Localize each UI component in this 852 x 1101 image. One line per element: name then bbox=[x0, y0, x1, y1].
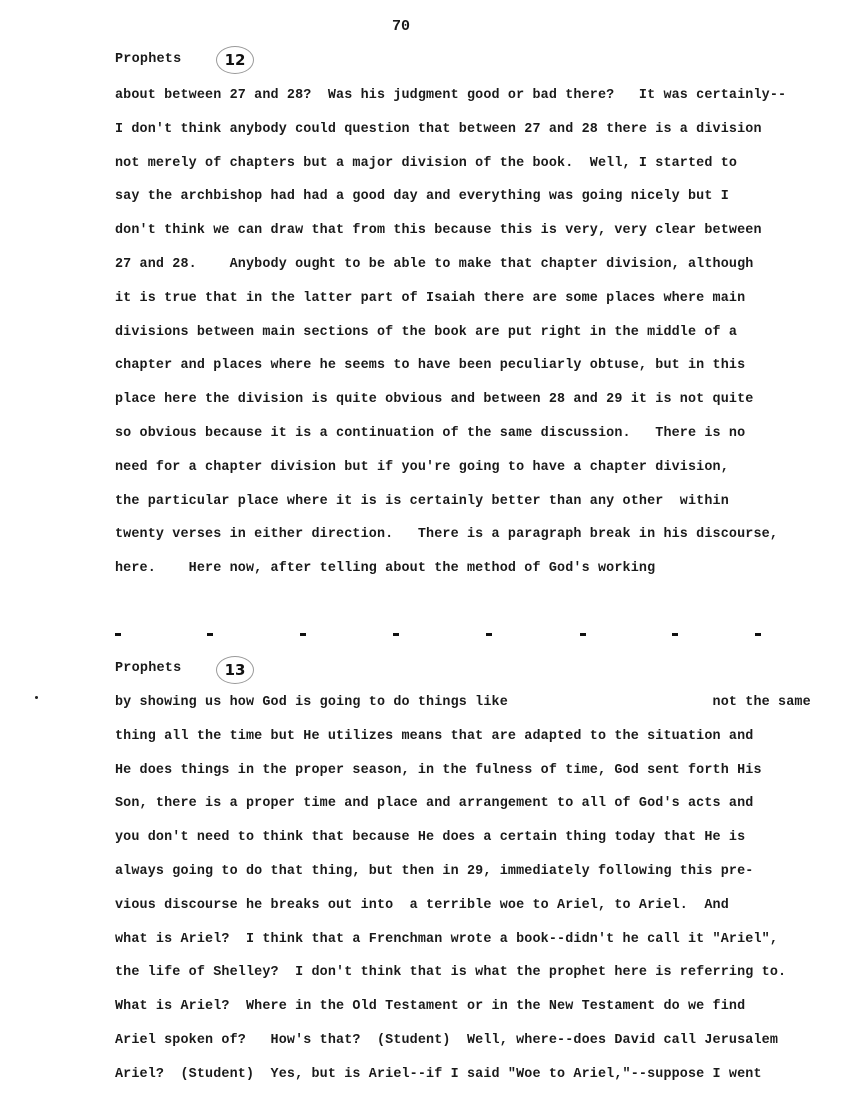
separator-dash bbox=[580, 633, 586, 636]
text-line: chapter and places where he seems to hav… bbox=[115, 358, 745, 374]
text-line: I don't think anybody could question tha… bbox=[115, 122, 762, 138]
text-line: Ariel spoken of? How's that? (Student) W… bbox=[115, 1033, 778, 1049]
text-line: thing all the time but He utilizes means… bbox=[115, 729, 753, 745]
page-number: 70 bbox=[392, 18, 410, 35]
text-line: it is true that in the latter part of Is… bbox=[115, 291, 745, 307]
text-line: Son, there is a proper time and place an… bbox=[115, 796, 753, 812]
separator-dash bbox=[393, 633, 399, 636]
margin-mark bbox=[35, 696, 38, 699]
text-line: the life of Shelley? I don't think that … bbox=[115, 965, 786, 981]
text-line: about between 27 and 28? Was his judgmen… bbox=[115, 88, 786, 104]
text-line: don't think we can draw that from this b… bbox=[115, 223, 762, 239]
section-number-badge-13: 13 bbox=[216, 656, 254, 684]
separator-dash bbox=[115, 633, 121, 636]
text-line: He does things in the proper season, in … bbox=[115, 763, 762, 779]
text-line: the particular place where it is is cert… bbox=[115, 494, 729, 510]
text-line: here. Here now, after telling about the … bbox=[115, 561, 655, 577]
separator-dash bbox=[486, 633, 492, 636]
text-line: what is Ariel? I think that a Frenchman … bbox=[115, 932, 778, 948]
text-line: by showing us how God is going to do thi… bbox=[115, 695, 811, 711]
text-line: Ariel? (Student) Yes, but is Ariel--if I… bbox=[115, 1067, 762, 1083]
text-line: say the archbishop had had a good day an… bbox=[115, 189, 729, 205]
separator-dash bbox=[755, 633, 761, 636]
section-header-13: Prophets bbox=[115, 661, 181, 676]
section-number-badge-12: 12 bbox=[216, 46, 254, 74]
text-line: not merely of chapters but a major divis… bbox=[115, 156, 737, 172]
text-line: 27 and 28. Anybody ought to be able to m… bbox=[115, 257, 753, 273]
text-line: so obvious because it is a continuation … bbox=[115, 426, 745, 442]
separator-dash bbox=[207, 633, 213, 636]
text-line: twenty verses in either direction. There… bbox=[115, 527, 778, 543]
text-line: always going to do that thing, but then … bbox=[115, 864, 753, 880]
text-line: you don't need to think that because He … bbox=[115, 830, 745, 846]
text-line: divisions between main sections of the b… bbox=[115, 325, 737, 341]
text-line: What is Ariel? Where in the Old Testamen… bbox=[115, 999, 745, 1015]
document-page: 70 Prophets 12 about between 27 and 28? … bbox=[0, 0, 852, 1101]
section-header-12: Prophets bbox=[115, 52, 181, 67]
separator-dash bbox=[300, 633, 306, 636]
text-line: place here the division is quite obvious… bbox=[115, 392, 753, 408]
text-line: need for a chapter division but if you'r… bbox=[115, 460, 729, 476]
separator-dash bbox=[672, 633, 678, 636]
text-line: vious discourse he breaks out into a ter… bbox=[115, 898, 729, 914]
